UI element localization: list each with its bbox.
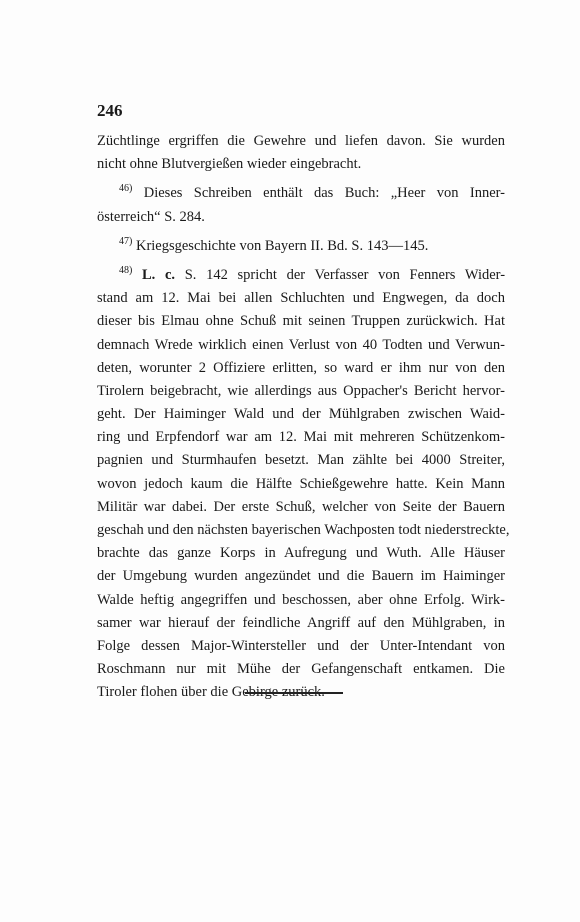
text-line: geschah und den nächsten bayerischen Wac… [97,519,505,542]
text-line: geht. Der Haiminger Wald und der Mühlgra… [97,403,505,426]
text-line: S. 142 spricht der Verfasser von Fenners… [185,267,505,283]
text-line: wovon jedoch kaum die Hälfte Schießgeweh… [97,473,505,496]
text-line: Züchtlinge ergriffen die Gewehre und lie… [97,130,505,153]
text-line: Tirolern beigebracht, wie allerdings aus… [97,380,505,403]
footnote-marker: 48) [119,265,132,276]
text-line: brachte das ganze Korps in Aufregung und… [97,542,505,565]
text-line: pagnien und Sturmhaufen besetzt. Man zäh… [97,449,505,472]
text-line: deten, worunter 2 Offiziere erlitten, so… [97,357,505,380]
footnote-48: 48) L. c. S. 142 spricht der Verfasser v… [97,264,505,705]
footnote-47: 47) Kriegsgeschichte von Bayern II. Bd. … [97,235,505,258]
section-divider-rule [245,692,343,694]
page-number: 246 [97,101,123,121]
text-line: demnach Wrede wirklich einen Verlust von… [97,334,505,357]
text-line: ring und Erpfendorf war am 12. Mai mit m… [97,426,505,449]
footnote-46: 46) Dieses Schreiben enthält das Buch: „… [97,182,505,228]
loc-cit: L. c. [142,267,175,283]
text-line: Militär war dabei. Der erste Schuß, welc… [97,496,505,519]
text-line: österreich“ S. 284. [97,206,505,229]
text-line: samer war hierauf der feindliche Angriff… [97,612,505,635]
paragraph-continuation: Züchtlinge ergriffen die Gewehre und lie… [97,130,505,176]
text-line: Kriegsgeschichte von Bayern II. Bd. S. 1… [136,238,428,254]
footnote-marker: 47) [119,236,132,247]
footnote-marker: 46) [119,184,132,195]
text-line: Walde heftig angegriffen und beschossen,… [97,589,505,612]
text-line: Dieses Schreiben enthält das Buch: „Heer… [144,185,505,201]
text-line: dieser bis Elmau ohne Schuß mit seinen T… [97,310,505,333]
page-body: Züchtlinge ergriffen die Gewehre und lie… [97,130,505,705]
text-line: Folge dessen Major-Wintersteller und der… [97,635,505,658]
text-line: nicht ohne Blutvergießen wieder eingebra… [97,153,505,176]
text-line: der Umgebung wurden angezündet und die B… [97,565,505,588]
text-line: stand am 12. Mai bei allen Schluchten un… [97,287,505,310]
text-line: Roschmann nur mit Mühe der Gefangenschaf… [97,658,505,681]
